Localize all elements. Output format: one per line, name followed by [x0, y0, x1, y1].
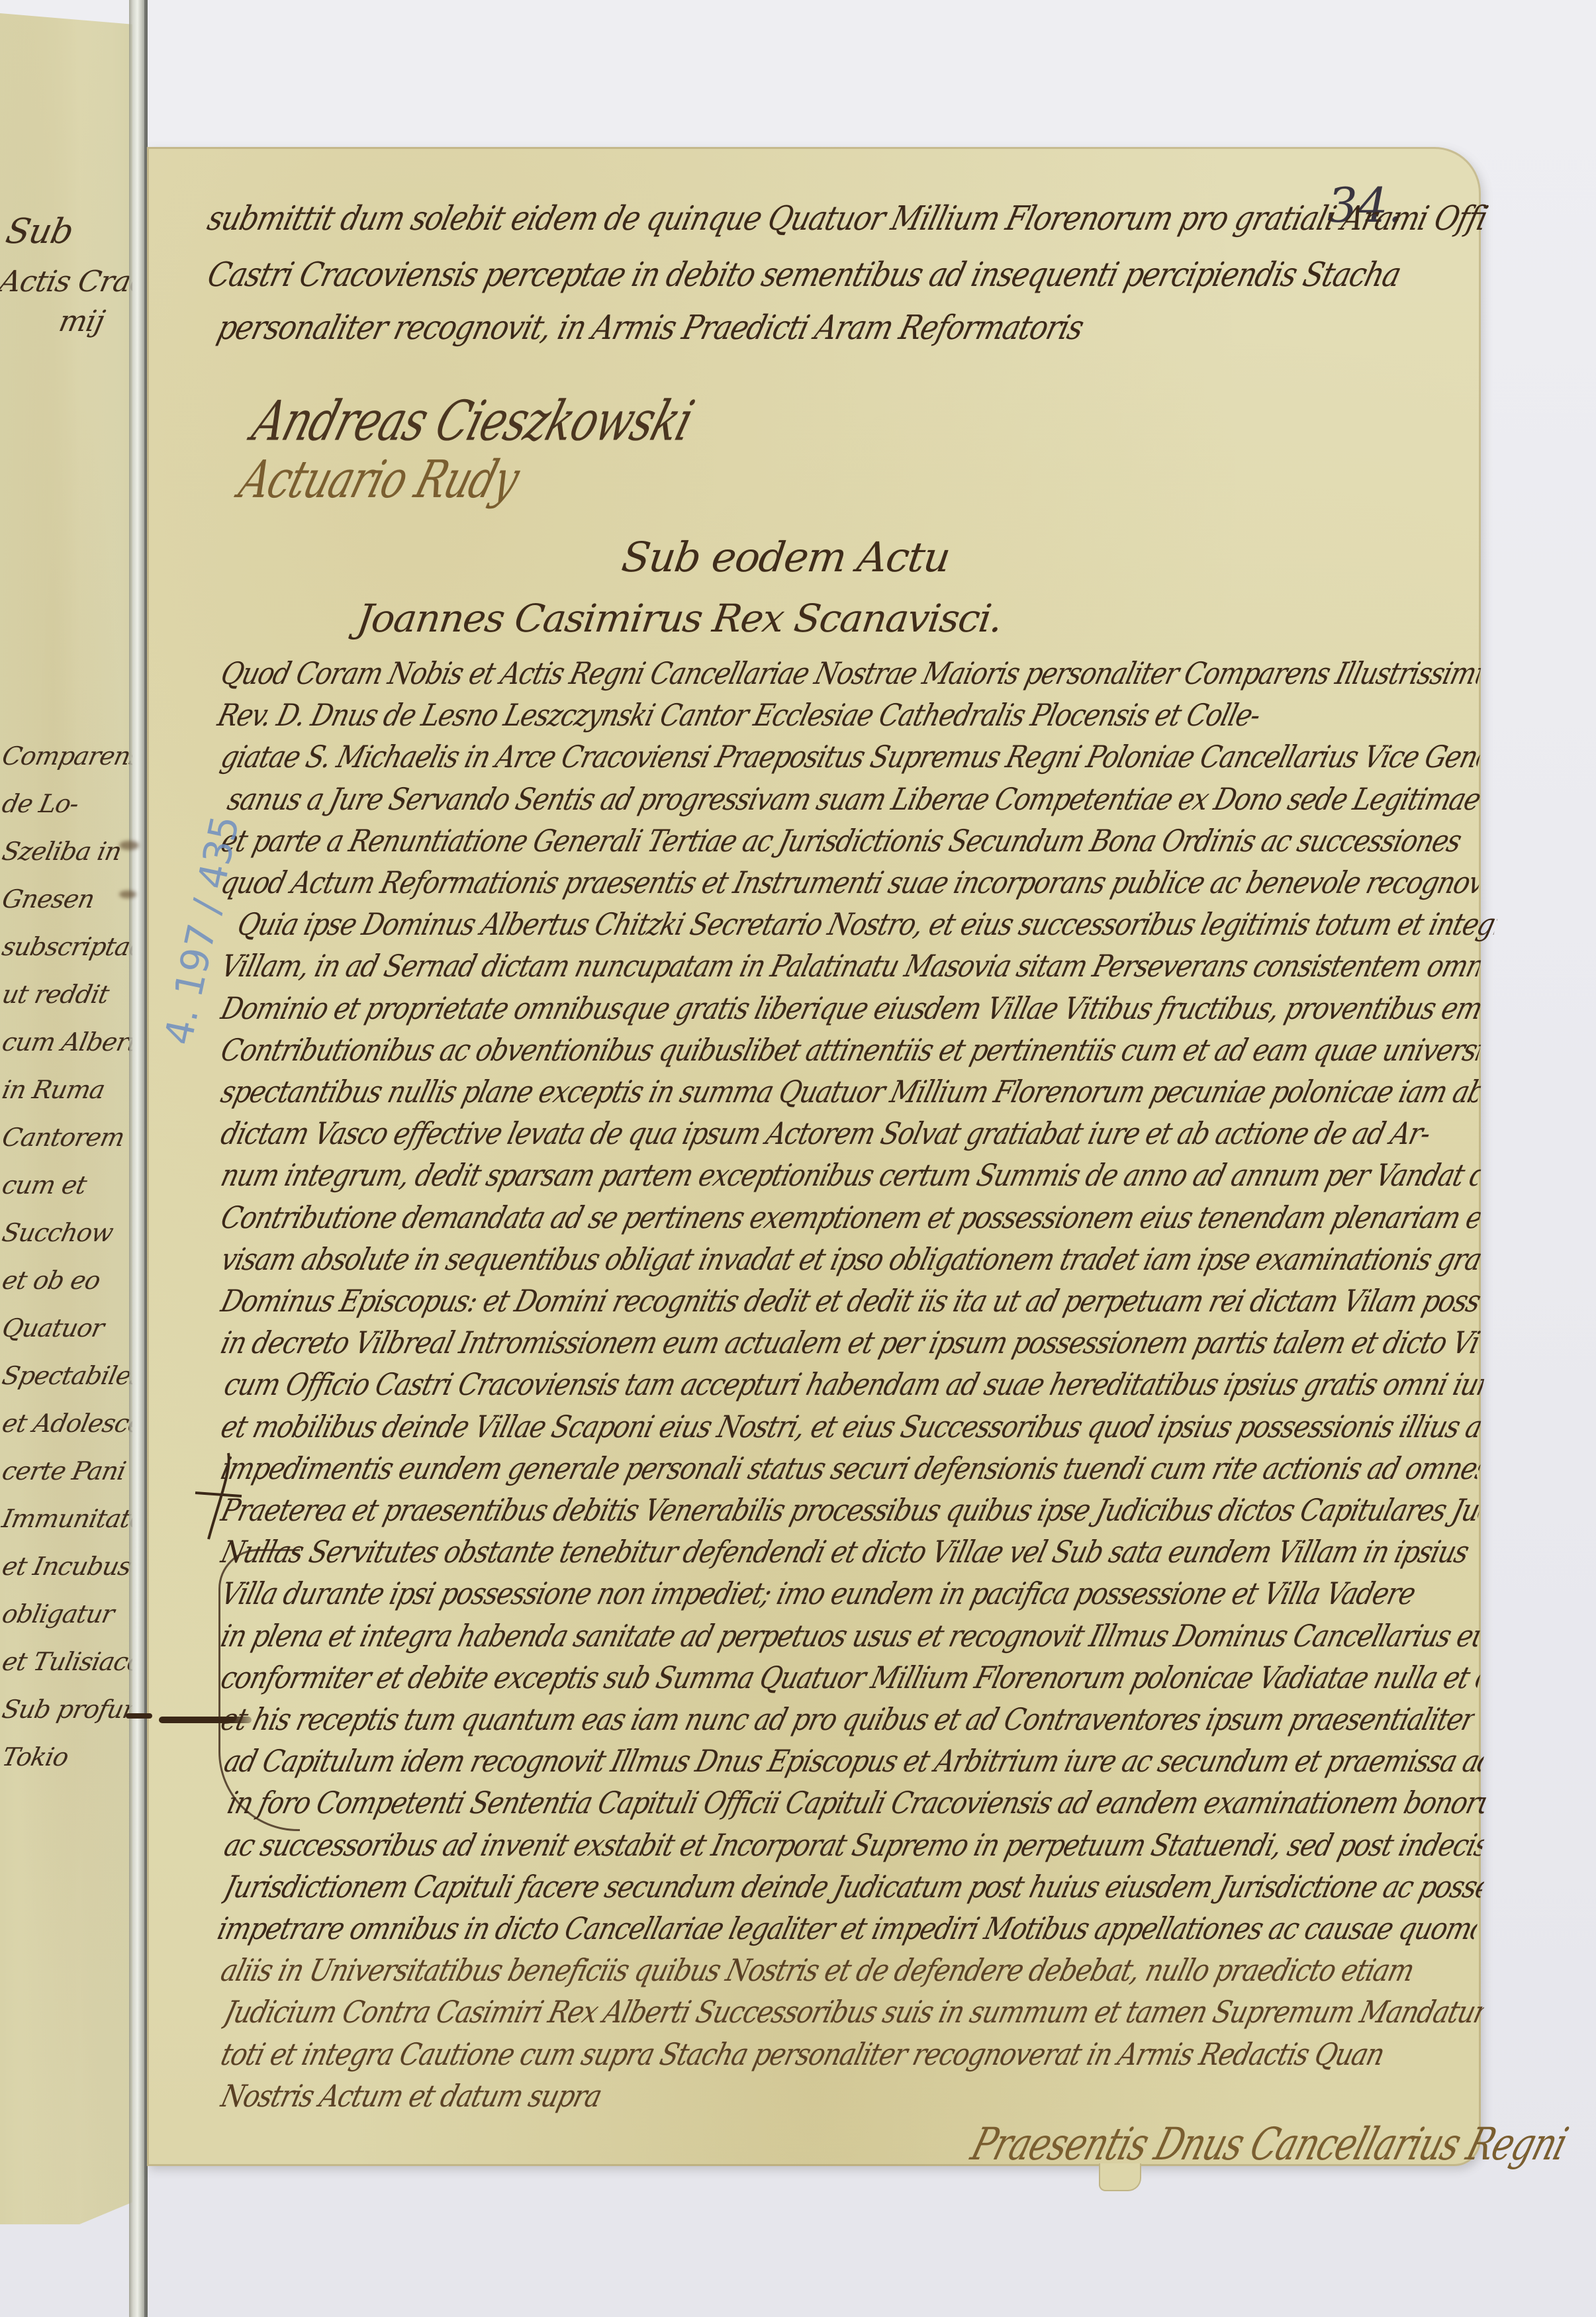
manuscript-line: Villa durante ipsi possessione non imped… [217, 1577, 1418, 1612]
left-page-margin-line: Quatuor [0, 1313, 107, 1343]
manuscript-line: et mobilibus deinde Villae Scaponi eius … [217, 1409, 1483, 1444]
left-page-margin-line: et ob eo [0, 1266, 103, 1295]
manuscript-line: Contributionibus ac obventionibus quibus… [217, 1033, 1483, 1068]
manuscript-line: Quia ipse Dominus Albertus Chitzki Secre… [234, 908, 1500, 943]
manuscript-line: Contributione demandata ad se pertinens … [217, 1200, 1483, 1235]
manuscript-line: Judicium Contra Casimiri Rex Alberti Suc… [220, 1995, 1487, 2030]
manuscript-line: toti et integra Cautione cum supra Stach… [217, 2037, 1387, 2072]
left-page-margin-line: Tokio [0, 1742, 71, 1772]
manuscript-line: conformiter et debite exceptis sub Summa… [217, 1660, 1483, 1695]
gutter-ink-stroke [126, 1713, 152, 1719]
left-page-margin-line: Succhow [0, 1218, 116, 1247]
manuscript-line: ac successoribus ad invenit exstabit et … [220, 1828, 1487, 1863]
left-page-margin-line: ut reddit [0, 980, 111, 1009]
ink-stain [119, 841, 139, 850]
manuscript-line: dictam Vasco effective levata de qua ips… [217, 1117, 1433, 1152]
opening-line: submittit dum solebit eidem de quinque Q… [204, 199, 1491, 238]
manuscript-line: sanus a Jure Servando Sentis ad progress… [224, 782, 1483, 817]
opening-line: Castri Cracoviensis perceptae in debito … [204, 256, 1405, 295]
manuscript-line: cum Officio Castri Cracoviensis tam acce… [220, 1368, 1487, 1403]
manuscript-line: Rev. D. Dnus de Lesno Leszczynski Cantor… [214, 698, 1263, 733]
opening-line: personaliter recognovit, in Armis Praedi… [214, 308, 1087, 348]
manuscript-line: in decreto Vilbreal Intromissionem eum a… [217, 1326, 1483, 1361]
manuscript-line: Dominio et proprietate omnibusque gratis… [217, 991, 1483, 1026]
manuscript-line: impedimentis eundem generale personali s… [217, 1451, 1483, 1486]
margin-pointer-stroke [159, 1717, 252, 1723]
manuscript-line: et his receptis tum quantum eas iam nunc… [217, 1703, 1478, 1738]
left-page-margin-line: et Tulisiaco [0, 1647, 145, 1676]
manuscript-line: in plena et integra habenda sanitate ad … [217, 1619, 1483, 1654]
ink-stain [119, 890, 136, 898]
margin-cross-mark [192, 1450, 245, 1542]
signature-witness: Andreas Cieszkowski [246, 390, 699, 453]
manuscript-line: quod Actum Reformationis praesentis et I… [217, 866, 1483, 901]
manuscript-line: Nostris Actum et datum supra [217, 2079, 604, 2114]
left-page-margin-line: certe Pani [0, 1456, 128, 1486]
manuscript-line: Quod Coram Nobis et Actis Regni Cancella… [217, 657, 1483, 692]
left-page-margin-line: de Lo- [0, 789, 81, 818]
manuscript-line: ad Capitulum idem recognovit Illmus Dnus… [220, 1744, 1487, 1779]
signature-actuary: Actuario Rudy [233, 450, 525, 510]
manuscript-line: Villam, in ad Sernad dictam nuncupatam i… [217, 949, 1483, 984]
left-page-margin-line: et Incubus [0, 1552, 134, 1581]
left-page-margin-line: in Ruma [0, 1075, 107, 1104]
left-page-margin-line: Cantorem [0, 1123, 127, 1152]
royal-title: Joannes Casimirus Rex Scanavisci. [354, 596, 1005, 641]
left-page-line: Sub [3, 212, 77, 252]
left-page-margin-line: Gnesen [0, 884, 97, 914]
left-page-margin-line: Szeliba in [0, 837, 124, 866]
left-page-margin-line: cum et [0, 1170, 89, 1200]
manuscript-line: aliis in Universitatibus beneficiis quib… [217, 1954, 1417, 1989]
manuscript-line: Praeterea et praesentibus debitis Venera… [217, 1493, 1483, 1529]
manuscript-line: Dominus Episcopus: et Domini recognitis … [217, 1284, 1483, 1319]
left-page-margin-line: obligatur [0, 1599, 117, 1629]
chancellor-signature: Praesentis Dnus Cancellarius Regni [966, 2119, 1573, 2171]
margin-bracket [218, 1549, 300, 1831]
manuscript-line: num integrum, dedit sparsam partem excep… [217, 1158, 1483, 1194]
manuscript-line: et parte a Renuntiatione Generali Tertia… [217, 824, 1464, 859]
manuscript-line: visam absolute in sequentibus obligat in… [217, 1242, 1483, 1277]
left-page-margin-line: Immunitate [0, 1504, 148, 1533]
manuscript-line: in foro Competenti Sententia Capituli Of… [224, 1786, 1490, 1821]
manuscript-line: spectantibus nullis plane exceptis in su… [217, 1075, 1483, 1110]
manuscript-line: Jurisdictionem Capituli facere secundum … [220, 1869, 1487, 1905]
left-page-margin-line: Comparens [0, 741, 145, 771]
manuscript-line: impetrare omnibus in dicto Cancellariae … [214, 1912, 1480, 1947]
left-page-margin-line: subscriptae [0, 932, 147, 961]
section-heading: Sub eodem Actu [619, 533, 953, 581]
left-facing-page: Sub Actis Cracov mij Comparensde Lo-Szel… [0, 13, 132, 2224]
manuscript-line: Nullas Servitutes obstante tenebitur def… [217, 1535, 1472, 1570]
left-page-line: mij [56, 305, 107, 338]
manuscript-line: giatae S. Michaelis in Arce Cracoviensi … [217, 740, 1483, 775]
